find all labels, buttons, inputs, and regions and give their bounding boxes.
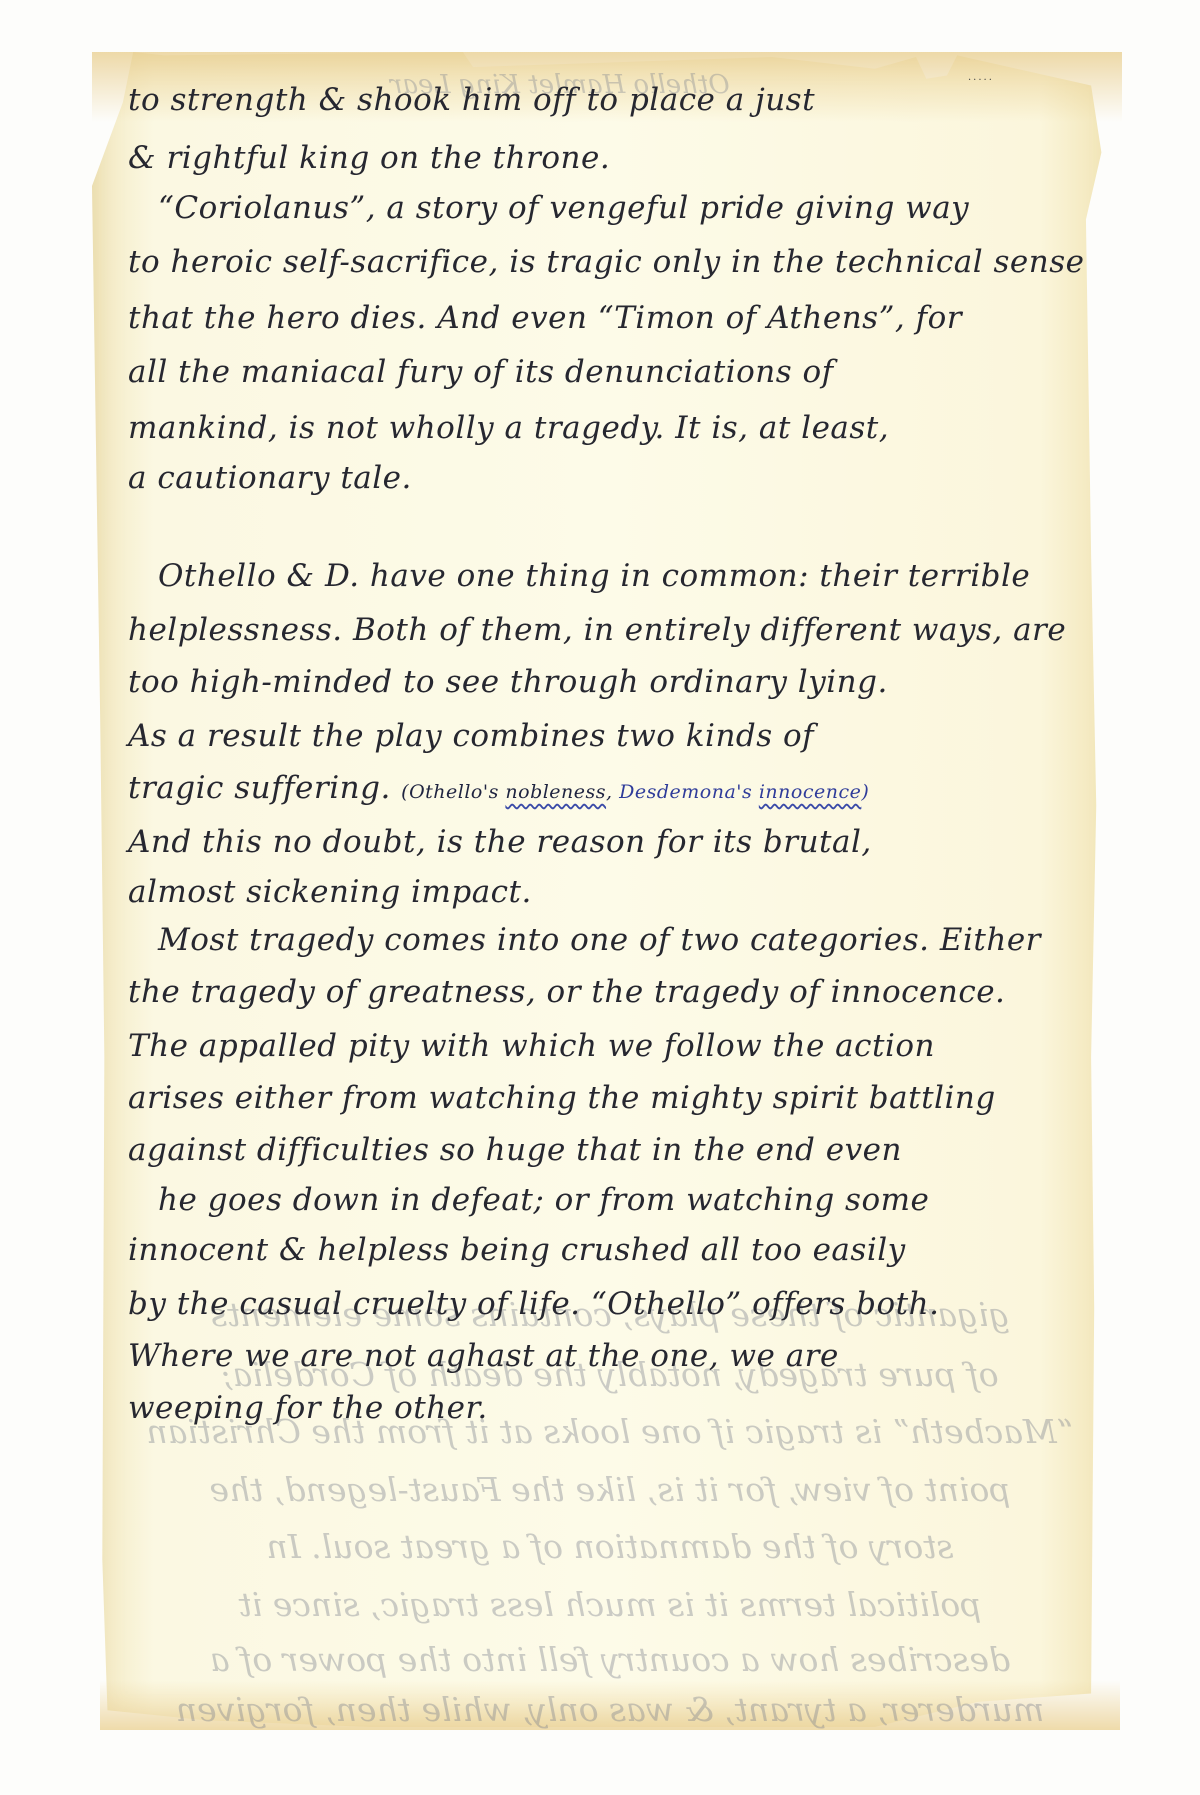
text-line: As a result the play combines two kinds … xyxy=(128,718,814,754)
text-segment: tragic suffering. xyxy=(128,770,391,806)
text-line: “Coriolanus”, a story of vengeful pride … xyxy=(158,190,969,226)
text-line: to heroic self-sacrifice, is tragic only… xyxy=(128,244,1084,280)
text-line: that the hero dies. And even “Timon of A… xyxy=(128,300,962,336)
text-line: a cautionary tale. xyxy=(128,460,412,496)
text-line: too high-minded to see through ordinary … xyxy=(128,664,888,700)
text-line: The appalled pity with which we follow t… xyxy=(128,1028,935,1064)
text-line: by the casual cruelty of life. “Othello”… xyxy=(128,1286,939,1322)
show-through-line: murderer, a tyrant, & was only, while th… xyxy=(130,1690,1090,1729)
text-line: Othello & D. have one thing in common: t… xyxy=(158,558,1030,594)
annotation-paren-close: ) xyxy=(861,781,869,803)
text-line: almost sickening impact. xyxy=(128,874,532,910)
text-line: weeping for the other. xyxy=(128,1390,488,1426)
show-through-line: point of view, for it is, like the Faust… xyxy=(130,1470,1090,1509)
text-line: Where we are not aghast at the one, we a… xyxy=(128,1338,839,1374)
show-through-line: political terms it is much less tragic, … xyxy=(130,1585,1090,1624)
show-through-line: describes how a country fell into the po… xyxy=(130,1640,1090,1679)
text-line: to strength & shook him off to place a j… xyxy=(128,82,815,118)
annotation-nobleness: nobleness xyxy=(505,781,606,803)
annotation-desdemonas: Desdemona's xyxy=(619,781,752,803)
text-line: against difficulties so huge that in the… xyxy=(128,1132,902,1168)
text-line: helplessness. Both of them, in entirely … xyxy=(128,612,1066,648)
text-line: arises either from watching the mighty s… xyxy=(128,1080,996,1116)
text-line-with-annotation: tragic suffering. (Othello's nobleness, … xyxy=(128,770,869,806)
annotation-innocence: innocence xyxy=(759,781,862,803)
text-line: & rightful king on the throne. xyxy=(128,140,610,176)
marginal-annotation: (Othello's nobleness, Desdemona's innoce… xyxy=(401,781,869,803)
corner-mark: ..... xyxy=(968,72,994,83)
text-line: innocent & helpless being crushed all to… xyxy=(128,1232,906,1268)
annotation-separator: , xyxy=(606,781,619,803)
annotation-othellos: Othello's xyxy=(409,781,499,803)
text-line: And this no doubt, is the reason for its… xyxy=(128,824,872,860)
text-line: he goes down in defeat; or from watching… xyxy=(158,1182,929,1218)
annotation-paren-open: ( xyxy=(401,781,409,803)
text-line: Most tragedy comes into one of two categ… xyxy=(158,922,1041,958)
show-through-line: story of the damnation of a great soul. … xyxy=(130,1527,1090,1566)
text-line: all the maniacal fury of its denunciatio… xyxy=(128,354,834,390)
text-line: the tragedy of greatness, or the tragedy… xyxy=(128,974,1005,1010)
text-line: mankind, is not wholly a tragedy. It is,… xyxy=(128,410,889,446)
